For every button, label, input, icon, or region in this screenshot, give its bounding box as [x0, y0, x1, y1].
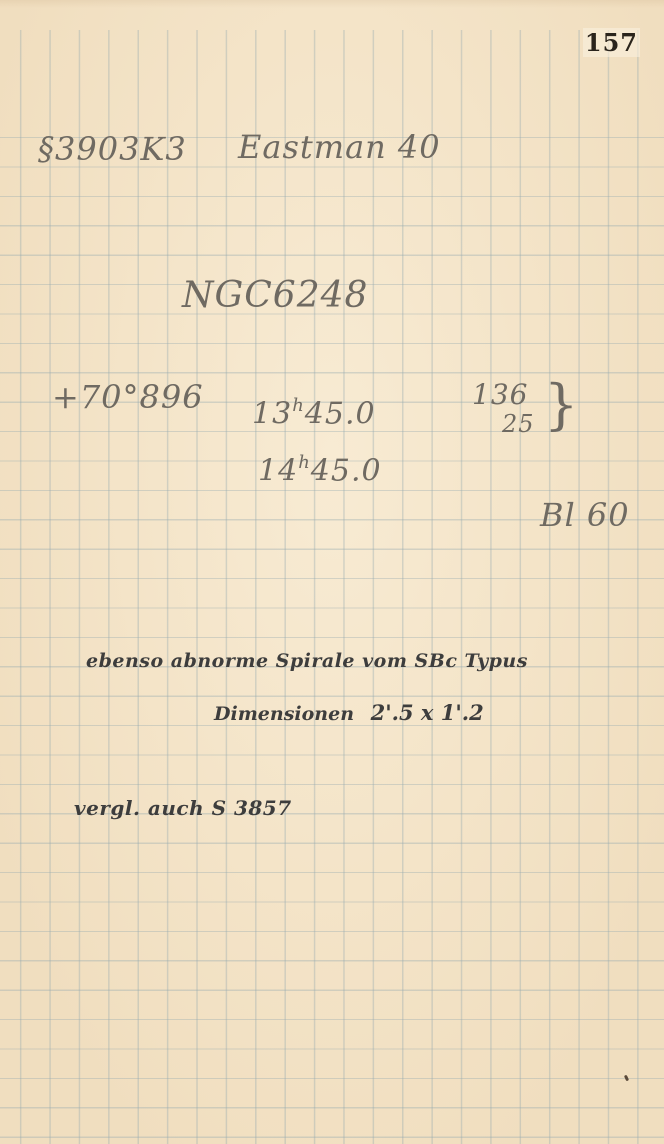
bracket-value-bottom: 25: [502, 410, 535, 438]
ra-hours: 14: [258, 454, 298, 489]
ra-minutes: 45.0: [311, 454, 382, 489]
ra-unit: h: [298, 452, 311, 473]
page-number: 157: [583, 28, 640, 57]
dimensions-value: 2'.5 x 1'.2: [371, 700, 484, 725]
plate-reference: Eastman 40: [238, 128, 441, 166]
ra-line-1: 13h45.0: [252, 395, 376, 432]
ra-line-2: 14h45.0: [258, 452, 382, 489]
dimensions-label: Dimensionen: [214, 703, 354, 725]
dimensions-note: Dimensionen 2'.5 x 1'.2: [214, 700, 484, 725]
plate-tag: Bl 60: [540, 496, 630, 534]
ra-unit: h: [292, 395, 305, 416]
notebook-page: 157 §3903K3 Eastman 40 NGC6248 +70°896 1…: [0, 0, 664, 1144]
curly-brace-icon: }: [544, 378, 578, 432]
ra-minutes: 45.0: [305, 397, 376, 432]
bracket-value-top: 136: [472, 378, 528, 411]
reference-note: vergl. auch S 3857: [74, 796, 292, 820]
declination: +70°896: [52, 378, 204, 416]
catalog-reference: §3903K3: [38, 130, 187, 168]
description-note: ebenso abnorme Spirale vom SBc Typus: [86, 650, 528, 672]
ra-hours: 13: [252, 397, 292, 432]
object-designation: NGC6248: [182, 275, 368, 316]
